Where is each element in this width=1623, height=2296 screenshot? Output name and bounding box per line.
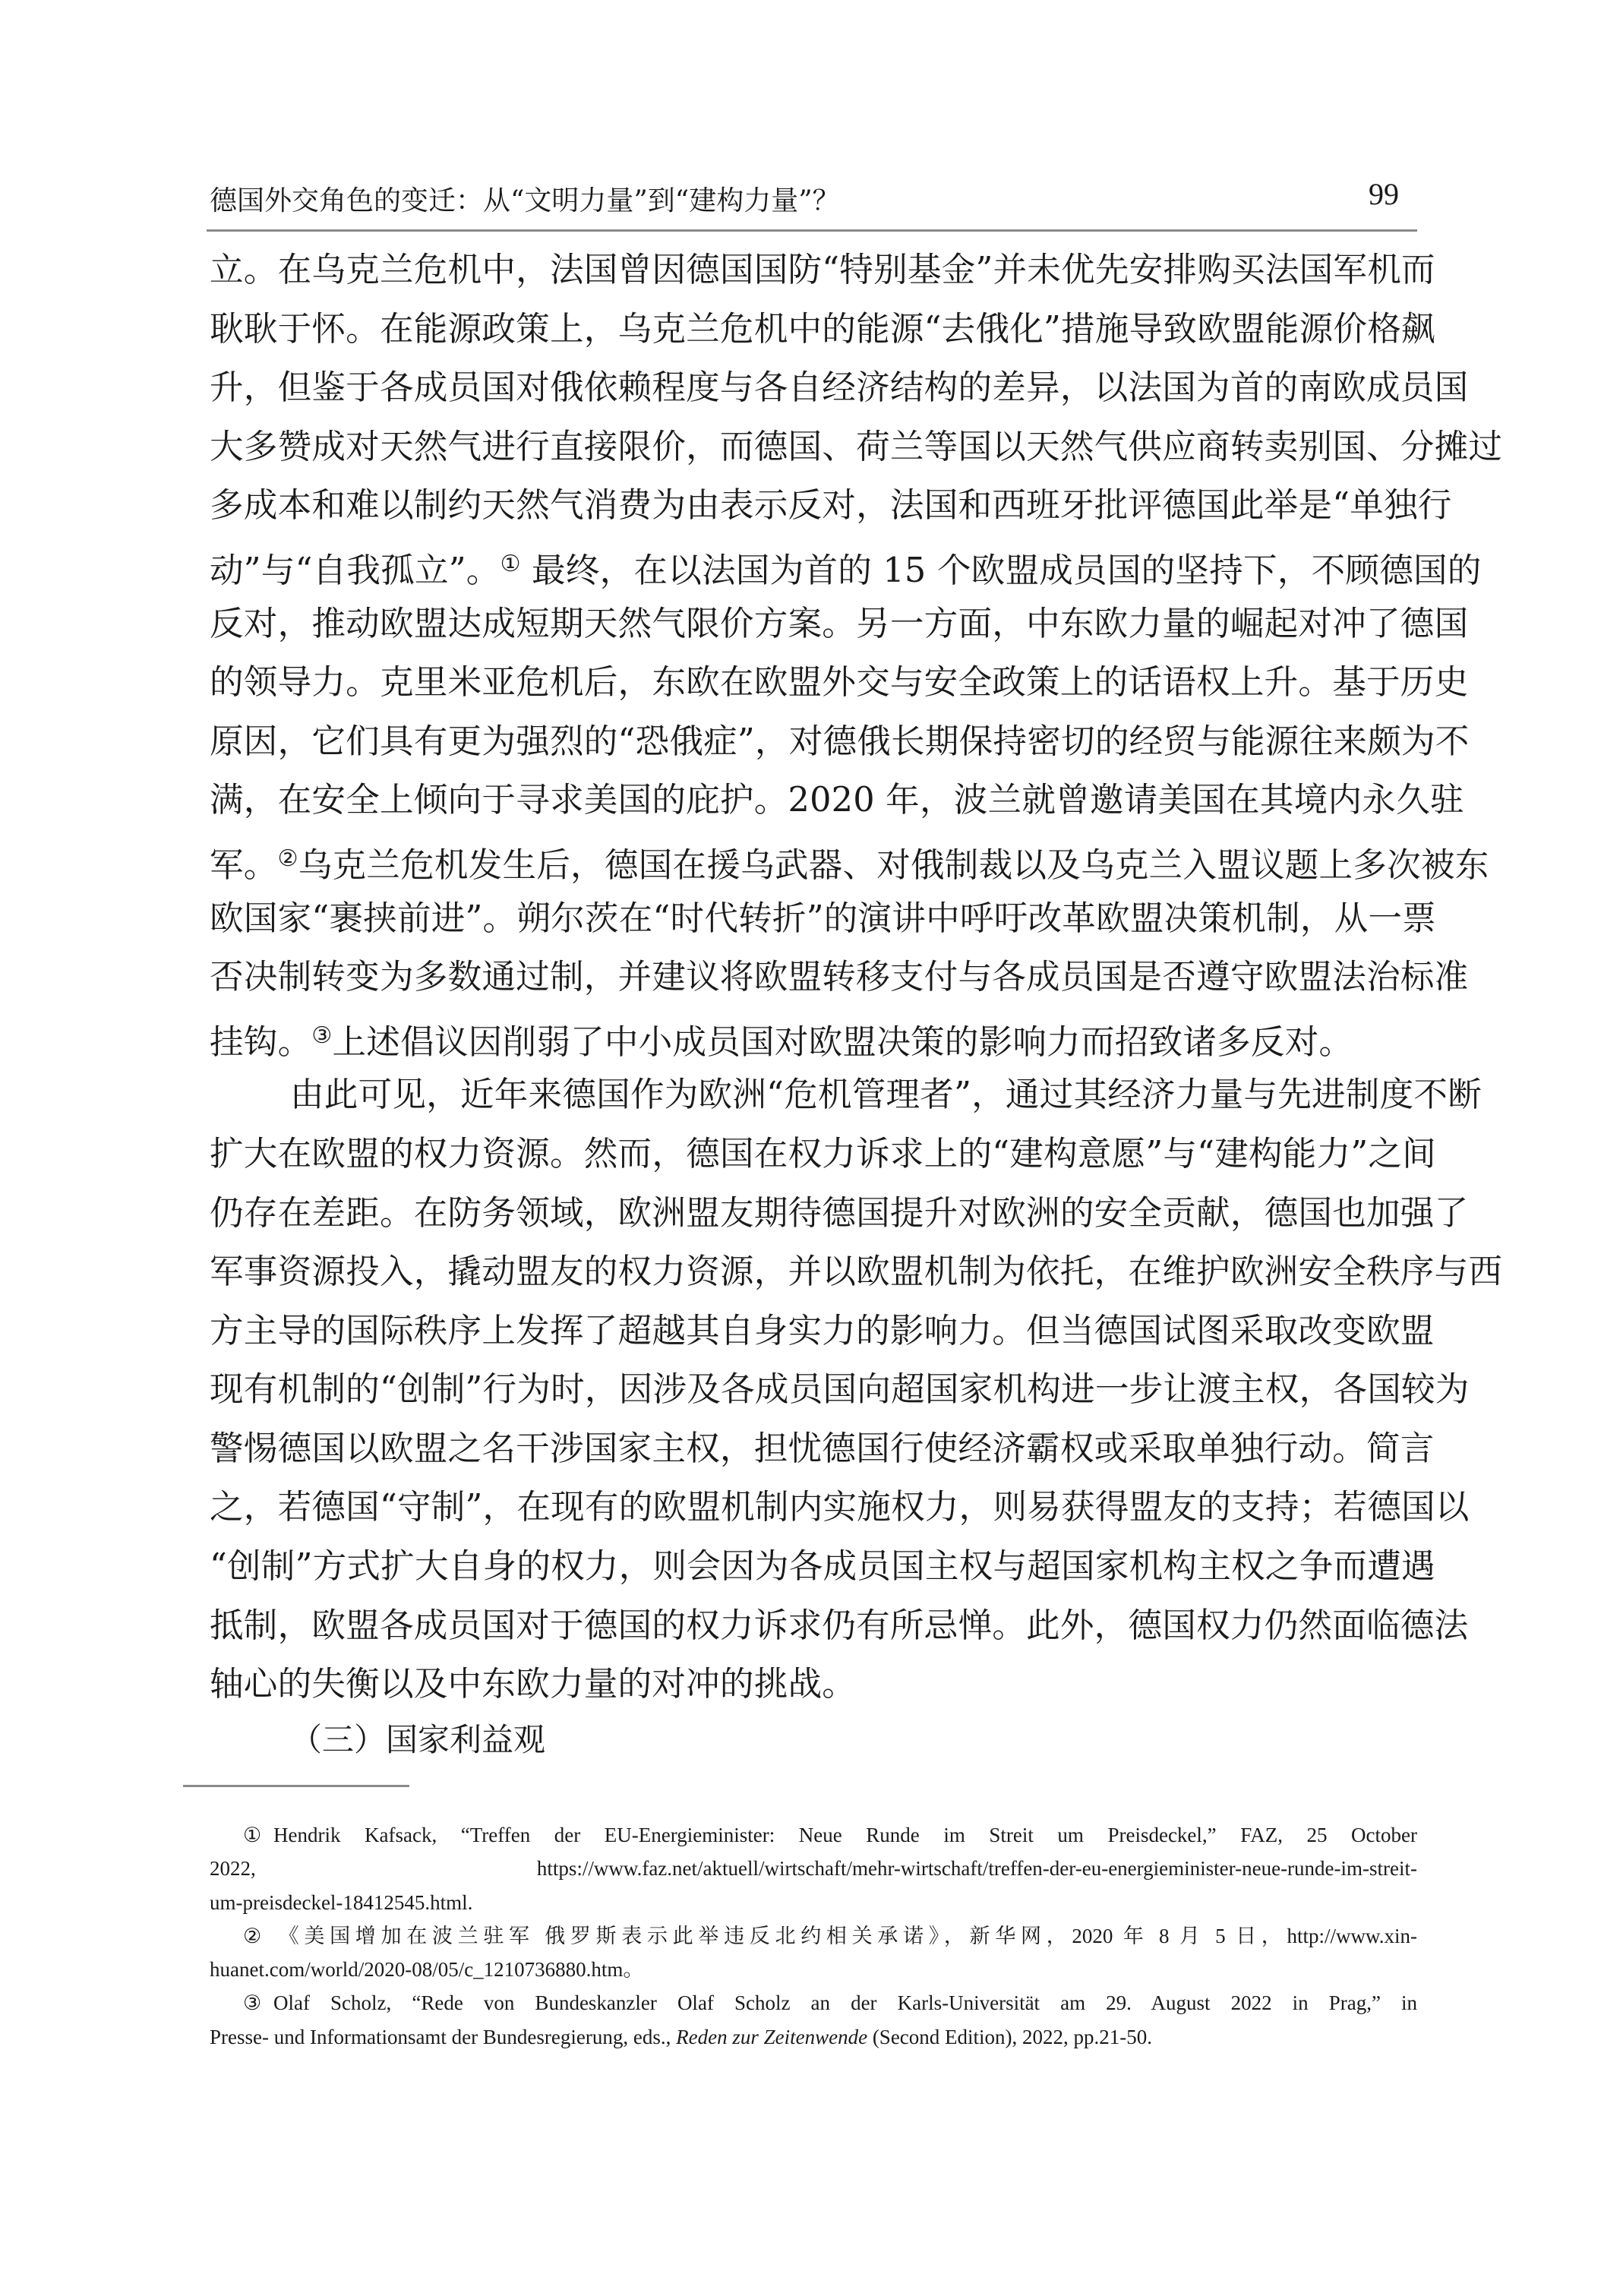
- footnote-text: Hendrik Kafsack, “Treffen der EU-Energie…: [273, 1824, 1417, 1846]
- text-line: 军。②乌克兰危机发生后，德国在援乌武器、对俄制裁以及乌克兰入盟议题上多次被东: [210, 834, 1420, 893]
- text-line: 仍存在差距。在防务领域，欧洲盟友期待德国提升对欧洲的安全贡献，德国也加强了: [210, 1188, 1420, 1247]
- footnote-line: ③Olaf Scholz, “Rede von Bundeskanzler Ol…: [210, 1988, 1417, 2021]
- footnote-number: ③: [243, 1988, 273, 2018]
- footnotes: ①Hendrik Kafsack, “Treffen der EU-Energi…: [210, 1820, 1417, 2055]
- text-segment: 动”与“自我孤立”。: [210, 551, 500, 590]
- header-rule: [207, 229, 1417, 232]
- book-title: Reden zur Zeitenwende: [676, 2026, 867, 2048]
- text-line: 大多赞成对天然气进行直接限价，而德国、荷兰等国以天然气供应商转卖别国、分摊过: [210, 422, 1420, 481]
- footnote-number: ②: [243, 1921, 273, 1951]
- text-segment: 最终，在以法国为首的 15 个欧盟成员国的坚持下，不顾德国的: [521, 551, 1482, 590]
- text-line: 原因，它们具有更为强烈的“恐俄症”，对德俄长期保持密切的经贸与能源往来颇为不: [210, 716, 1420, 775]
- text-line: 满，在安全上倾向于寻求美国的庇护。2020 年，波兰就曾邀请美国在其境内永久驻: [210, 775, 1420, 834]
- text-line: 升，但鉴于各成员国对俄依赖程度与各自经济结构的差异，以法国为首的南欧成员国: [210, 362, 1420, 422]
- footnote-text: 《美国增加在波兰驻军 俄罗斯表示此举违反北约相关承诺》，新华网，2020 年 8…: [273, 1925, 1417, 1947]
- text-line: 轴心的失衡以及中东欧力量的对冲的挑战。: [210, 1659, 1420, 1718]
- text-line: 方主导的国际秩序上发挥了超越其自身实力的影响力。但当德国试图采取改变欧盟: [210, 1306, 1420, 1365]
- text-line: 抵制，欧盟各成员国对于德国的权力诉求仍有所忌惮。此外，德国权力仍然面临德法: [210, 1600, 1420, 1660]
- text-line: 现有机制的“创制”行为时，因涉及各成员国向超国家机构进一步让渡主权，各国较为: [210, 1364, 1420, 1423]
- text-segment: 上述倡议因削弱了中小成员国对欧盟决策的影响力而招致诸多反对。: [333, 1022, 1353, 1062]
- text-segment: 乌克兰危机发生后，德国在援乌武器、对俄制裁以及乌克兰入盟议题上多次被东: [298, 845, 1489, 885]
- footnote-number: ①: [243, 1820, 273, 1850]
- text-line: 欧国家“裹挟前进”。朔尔茨在“时代转折”的演讲中呼吁改革欧盟决策机制，从一票: [210, 893, 1420, 952]
- footnote-3: ③Olaf Scholz, “Rede von Bundeskanzler Ol…: [210, 1988, 1417, 2055]
- footnote-line: 2022, https://www.faz.net/aktuell/wirtsc…: [210, 1853, 1417, 1887]
- page-number: 99: [1369, 176, 1399, 212]
- running-head: 德国外交角色的变迁：从“文明力量”到“建构力量”？ 99: [210, 179, 1417, 219]
- text-line: 军事资源投入，撬动盟友的权力资源，并以欧盟机制为依托，在维护欧洲安全秩序与西: [210, 1246, 1420, 1306]
- text-line: 动”与“自我孤立”。① 最终，在以法国为首的 15 个欧盟成员国的坚持下，不顾德…: [210, 539, 1420, 598]
- text-line: 的领导力。克里米亚危机后，东欧在欧盟外交与安全政策上的话语权上升。基于历史: [210, 657, 1420, 716]
- footnote-text: Olaf Scholz, “Rede von Bundeskanzler Ola…: [273, 1991, 1417, 2014]
- footnote-line: um-preisdeckel-18412545.html.: [210, 1887, 1417, 1921]
- text-line: “创制”方式扩大自身的权力，则会因为各成员国主权与超国家机构主权之争而遭遇: [210, 1541, 1420, 1600]
- text-line: 扩大在欧盟的权力资源。然而，德国在权力诉求上的“建构意愿”与“建构能力”之间: [210, 1129, 1420, 1188]
- text-line: 警惕德国以欧盟之名干涉国家主权，担忧德国行使经济霸权或采取单独行动。简言: [210, 1423, 1420, 1483]
- footnote-ref-1[interactable]: ①: [500, 551, 521, 577]
- text-line: 挂钩。③上述倡议因削弱了中小成员国对欧盟决策的影响力而招致诸多反对。: [210, 1011, 1420, 1070]
- text-line: 之，若德国“守制”，在现有的欧盟机制内实施权力，则易获得盟友的支持；若德国以: [210, 1482, 1420, 1541]
- footnote-1: ①Hendrik Kafsack, “Treffen der EU-Energi…: [210, 1820, 1417, 1921]
- footnote-line: ②《美国增加在波兰驻军 俄罗斯表示此举违反北约相关承诺》，新华网，2020 年 …: [210, 1921, 1417, 1954]
- text-line: 耿耿于怀。在能源政策上，乌克兰危机中的能源“去俄化”措施导致欧盟能源价格飙: [210, 304, 1420, 363]
- text-line: 多成本和难以制约天然气消费为由表示反对，法国和西班牙批评德国此举是“单独行: [210, 480, 1420, 539]
- footnote-text: Presse- und Informationsamt der Bundesre…: [210, 2026, 676, 2048]
- section-heading: （三）国家利益观: [290, 1715, 545, 1761]
- footnote-2: ②《美国增加在波兰驻军 俄罗斯表示此举违反北约相关承诺》，新华网，2020 年 …: [210, 1921, 1417, 1988]
- text-segment: 军。: [210, 845, 278, 885]
- footnote-ref-2[interactable]: ②: [278, 845, 298, 872]
- footnote-line: Presse- und Informationsamt der Bundesre…: [210, 2022, 1417, 2055]
- running-title: 德国外交角色的变迁：从“文明力量”到“建构力量”？: [210, 179, 840, 218]
- footnote-line: ①Hendrik Kafsack, “Treffen der EU-Energi…: [210, 1820, 1417, 1853]
- text-line: 否决制转变为多数通过制，并建议将欧盟转移支付与各成员国是否遵守欧盟法治标准: [210, 952, 1420, 1011]
- footnote-ref-3[interactable]: ③: [311, 1022, 332, 1049]
- footnote-separator: [183, 1785, 409, 1787]
- footnote-line: huanet.com/world/2020-08/05/c_1210736880…: [210, 1954, 1417, 1988]
- text-line: 由此可见，近年来德国作为欧洲“危机管理者”，通过其经济力量与先进制度不断: [210, 1069, 1420, 1129]
- footnote-text: (Second Edition), 2022, pp.21-50.: [867, 2026, 1152, 2048]
- text-line: 立。在乌克兰危机中，法国曾因德国国防“特别基金”并未优先安排购买法国军机而: [210, 245, 1420, 304]
- paragraph-2: 由此可见，近年来德国作为欧洲“危机管理者”，通过其经济力量与先进制度不断 扩大在…: [210, 1069, 1420, 1718]
- text-segment: 挂钩。: [210, 1022, 311, 1062]
- text-line: 反对，推动欧盟达成短期天然气限价方案。另一方面，中东欧力量的崛起对冲了德国: [210, 598, 1420, 658]
- paragraph-1: 立。在乌克兰危机中，法国曾因德国国防“特别基金”并未优先安排购买法国军机而 耿耿…: [210, 245, 1420, 1069]
- body-text: 立。在乌克兰危机中，法国曾因德国国防“特别基金”并未优先安排购买法国军机而 耿耿…: [210, 245, 1420, 1718]
